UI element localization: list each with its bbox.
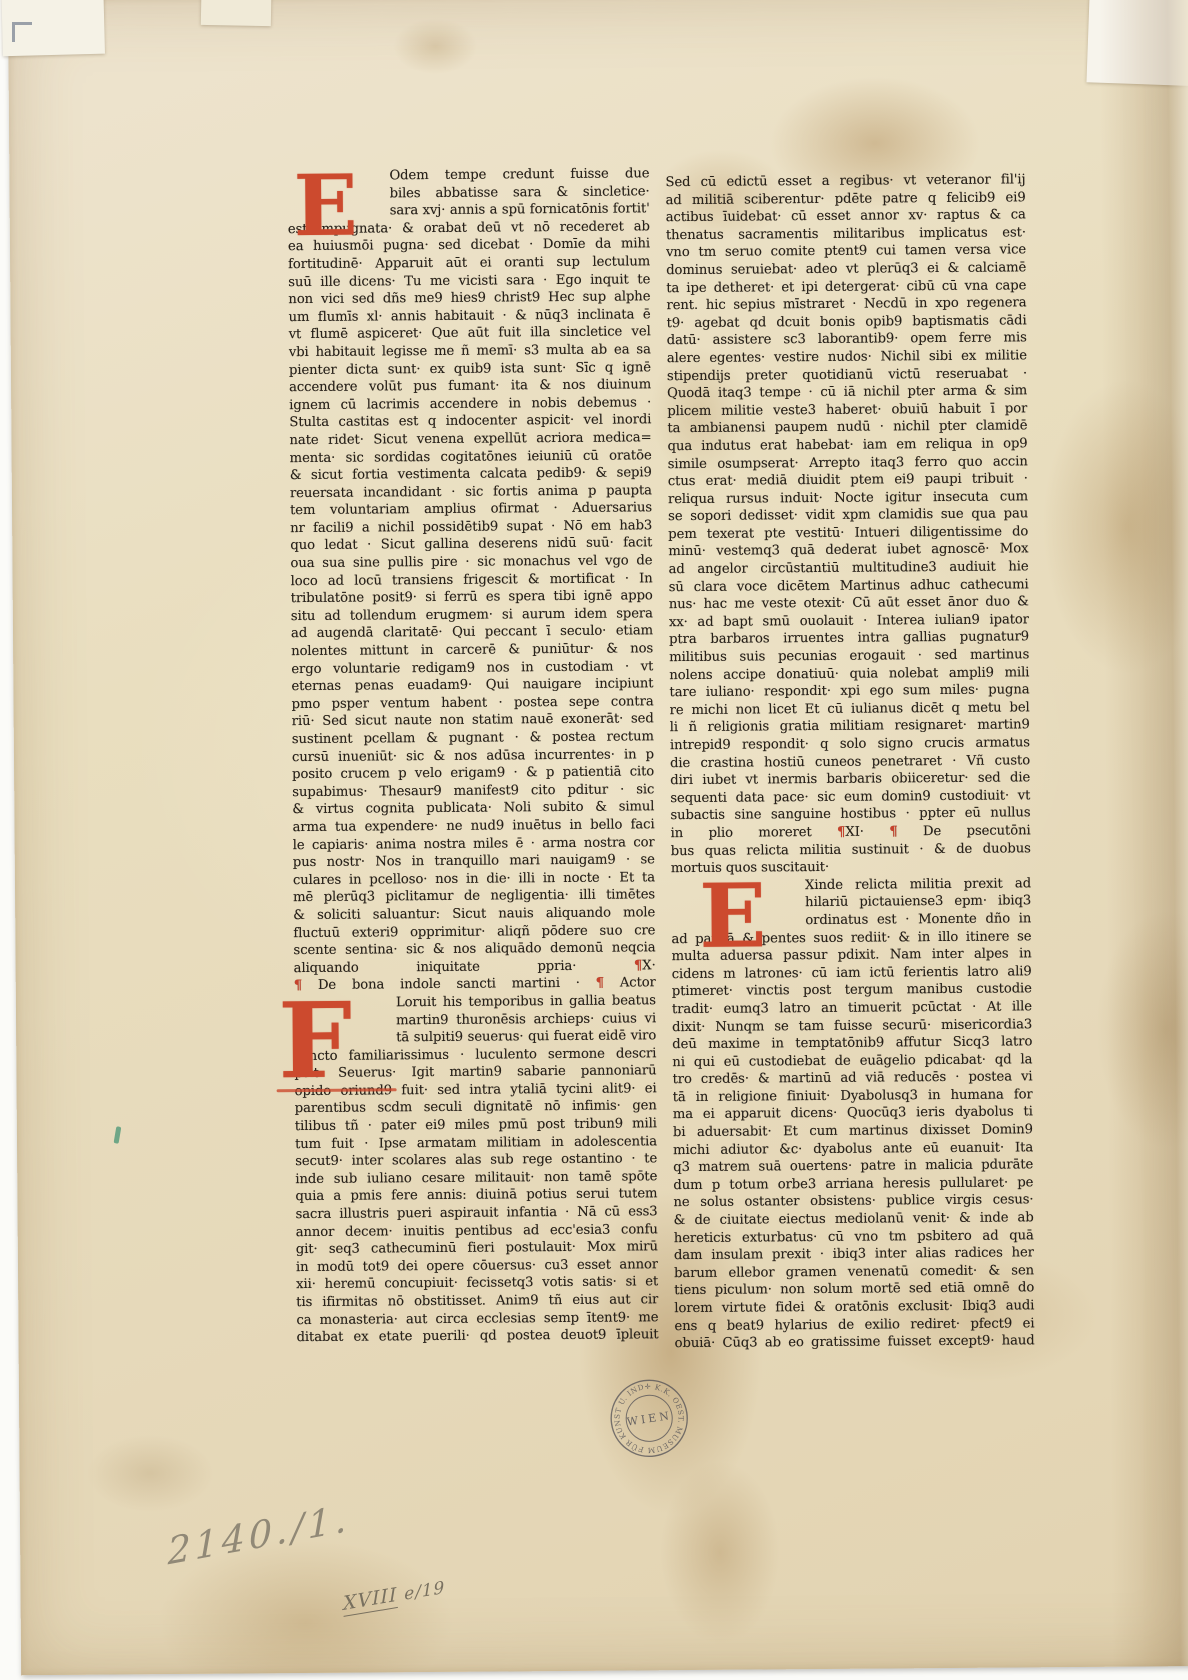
text-line: martin9 thuronēsis archieps· cuius vi <box>396 1010 656 1030</box>
text-line: militibus suis pecunias erogauit · sed m… <box>669 646 1029 666</box>
scanner-background: E Odem tempe credunt fuisse due lauda=bi… <box>0 0 1188 1680</box>
text-line: alere egentes· vestire nudos· Nichil sib… <box>667 347 1027 367</box>
incunabulum-page: E Odem tempe credunt fuisse due lauda=bi… <box>8 0 1188 1675</box>
text-line: tradit· eumq3 latro an timuerit pcūctat … <box>672 998 1032 1018</box>
text-line: Sed cū edictū esset a regibus· vt vetera… <box>665 171 1025 191</box>
text-line: bus quas relicta militia sustinuit · & d… <box>671 840 1031 860</box>
text-column-left: E Odem tempe credunt fuisse due lauda=bi… <box>287 165 658 1347</box>
text-line: & soliciti saluantur: Sicut nauis aliqua… <box>293 904 655 924</box>
text-line: in plio moreret ¶XI· ¶ De psecutōni <box>671 822 1031 842</box>
text-line: & de ciuitate eiectus mediolanū venit· &… <box>674 1209 1034 1229</box>
paragraph-lines: Sed cū edictū esset a regibus· vt vetera… <box>665 171 1031 878</box>
text-line: biles abbatisse sara & sincletice· quaru… <box>390 183 650 203</box>
pilcrow-mark: ¶ <box>634 958 642 973</box>
text-line: sacra illustris pueri aspirauit infantia… <box>296 1203 658 1223</box>
library-stamp: ✛ K.K. OEST. MUSEUM FÜR KUNST U. IND. WI… <box>601 1371 696 1466</box>
text-line: lorem virtute fidei & oratōnis exclusit·… <box>674 1297 1034 1317</box>
text-line: tā sulpiti9 seuerus· qui fuerat eidē vir… <box>396 1027 656 1047</box>
text-line: arma tua expendere· ne nud9 inuētus in b… <box>292 816 654 836</box>
pilcrow-mark: ¶ <box>889 824 897 839</box>
text-line: vbi habitauit legisse me ñ memī· s3 mult… <box>289 341 651 361</box>
drop-cap-initial: F <box>278 989 353 1094</box>
text-line: ordinatus est · Monente dño in somnia <box>805 910 1031 929</box>
corner-registration-mark <box>12 22 32 42</box>
text-line: dominus seruiebat· adeo vt plerūq3 ei & … <box>666 259 1026 279</box>
page-edge-shadow <box>1099 0 1188 1667</box>
text-column-right: Sed cū edictū esset a regibus· vt vetera… <box>665 171 1034 1353</box>
text-line: nolentes mittunt in carcerē & puniūtur· … <box>291 640 653 660</box>
drop-cap-initial: E <box>699 871 767 960</box>
pencil-shelfmark: 2140./1. <box>167 1496 350 1573</box>
paragraph-block: E Odem tempe credunt fuisse due lauda=bi… <box>287 165 655 977</box>
text-line: ditabat ex etate puerili· qd postea deuo… <box>296 1326 658 1346</box>
text-line: fortitudinē· Apparuit aūt ei oranti sup … <box>288 253 650 273</box>
paragraph-block: E Xinde relicta militia prexit ad sanctu… <box>671 875 1035 1353</box>
paragraph-block: F Loruit his temporibus in gallia beatus… <box>294 992 659 1347</box>
text-line: Odem tempe credunt fuisse due lauda= <box>389 165 649 185</box>
stamp-center-text: WIEN <box>626 1409 673 1429</box>
text-line: Loruit his temporibus in gallia beatus <box>396 992 656 1012</box>
text-line: tis ifirmitas nō obstitisset. Anim9 tñ e… <box>296 1291 658 1311</box>
pencil-classmark: XVIII e/19 <box>343 1576 445 1615</box>
text-line: obuiā· Cūq3 ab eo gratissime fuisset exc… <box>675 1332 1035 1352</box>
text-line: qua indutus erat habebat· iam em reliqua… <box>668 435 1028 455</box>
paragraph-block: Sed cū edictū esset a regibus· vt vetera… <box>665 171 1031 878</box>
paragraph-lines: Odem tempe credunt fuisse due lauda=bile… <box>287 165 655 977</box>
text-line: intrepid9 respondit· q solo signo crucis… <box>670 734 1030 754</box>
classmark-roman-numeral: XVIII <box>343 1584 398 1617</box>
text-line: Xinde relicta militia prexit ad sanctu3 <box>805 875 1031 894</box>
text-line: hilariū pictauiense3 epm· ibiq3 accolit9 <box>805 893 1031 912</box>
tape-fragment-top-center <box>201 0 272 26</box>
classmark-suffix: e/19 <box>404 1578 445 1605</box>
drop-cap-initial: E <box>293 164 358 248</box>
text-line: sustinent pcellam & pugnant · & postea r… <box>292 728 654 748</box>
pilcrow-mark: ¶ <box>596 976 604 991</box>
pilcrow-mark: ¶ <box>837 825 845 840</box>
text-line: sara xvj· annis a spū fornicatōnis forti… <box>390 200 650 220</box>
green-ink-mark <box>114 1126 122 1144</box>
text-line: nate ridet· Sicut venena expellūt acrior… <box>289 429 651 449</box>
